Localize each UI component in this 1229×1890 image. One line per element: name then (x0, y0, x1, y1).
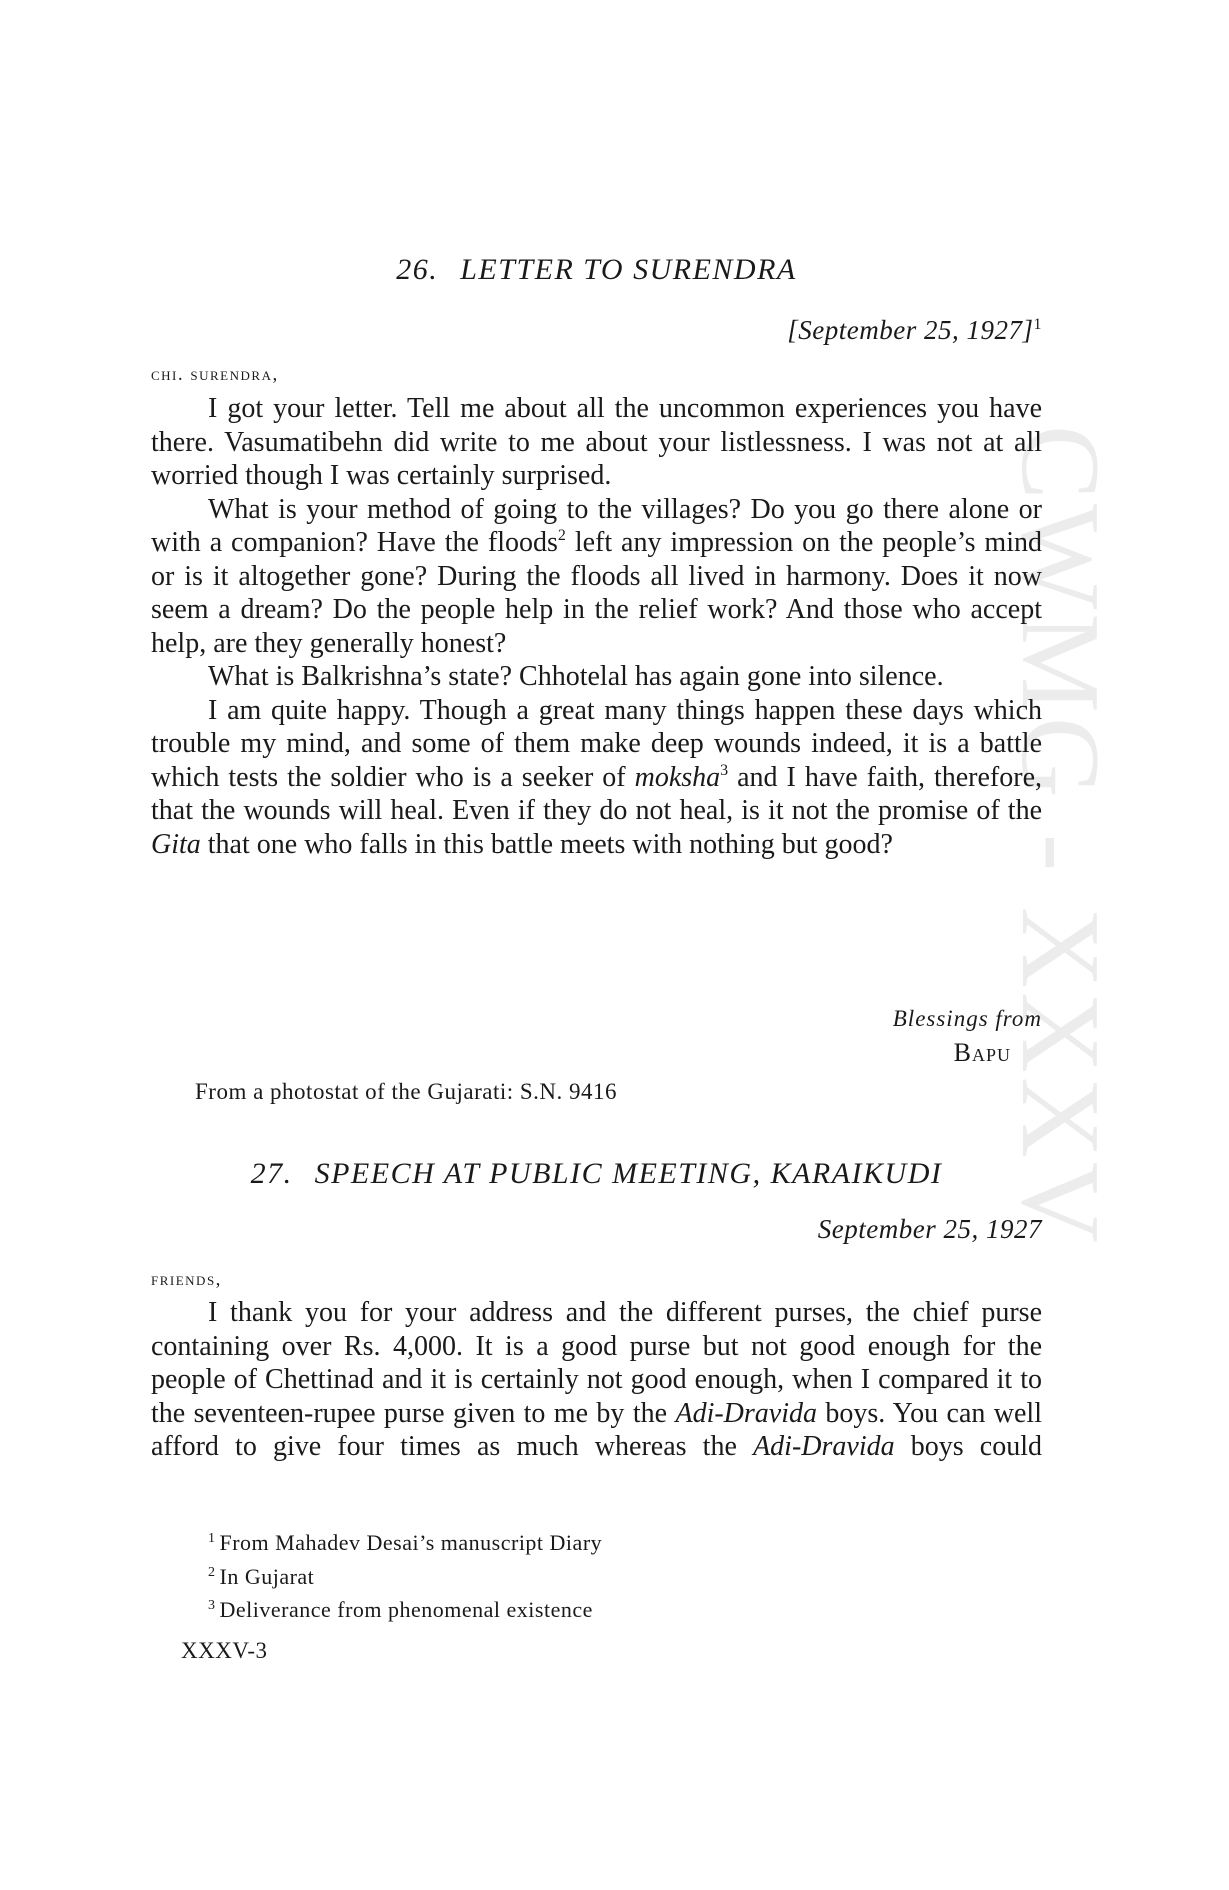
footnote-mark: 1 (208, 1531, 216, 1546)
footnotes: 1From Mahadev Desai’s manuscript Diary 2… (208, 1524, 602, 1625)
salutation: CHI. SURENDRA, (151, 360, 279, 390)
footnote-text: From Mahadev Desai’s manuscript Diary (220, 1530, 603, 1555)
letter-body: I got your letter. Tell me about all the… (151, 392, 1042, 861)
footnote-ref: 1 (1034, 316, 1043, 333)
italic-term: moksha (635, 762, 721, 793)
footnote-ref: 2 (558, 527, 566, 544)
speech-body: I thank you for your address and the dif… (151, 1296, 1042, 1464)
salutation: FRIENDS, (151, 1265, 222, 1295)
footnote-text: Deliverance from phenomenal existence (220, 1597, 593, 1622)
paragraph: What is your method of going to the vill… (151, 493, 1042, 661)
date-text: September 25, 1927 (818, 1214, 1042, 1244)
paragraph: I am quite happy. Though a great many th… (151, 694, 1042, 862)
footnote-mark: 2 (208, 1565, 216, 1580)
footnote-ref: 3 (720, 762, 728, 779)
text-run: boys could (895, 1431, 1042, 1462)
signer: Bapu (151, 1037, 1011, 1069)
footnote: 1From Mahadev Desai’s manuscript Diary (208, 1524, 602, 1558)
footnote-mark: 3 (208, 1598, 216, 1613)
section-27-date: September 25, 1927 (151, 1212, 1042, 1246)
section-title: SPEECH AT PUBLIC MEETING, KARAIKUDI (315, 1157, 943, 1190)
section-26-date: [September 25, 1927]1 (151, 308, 1042, 347)
text-run: that one who falls in this battle meets … (201, 829, 893, 860)
paragraph: I got your letter. Tell me about all the… (151, 392, 1042, 493)
footnote: 3Deliverance from phenomenal existence (208, 1591, 602, 1625)
page-reference: XXXV-3 (181, 1636, 268, 1666)
paragraph: What is Balkrishna’s state? Chhotelal ha… (151, 660, 1042, 694)
document-page: CWMG - XXXV 26.LETTER TO SURENDRA [Septe… (0, 0, 1229, 1890)
section-title: LETTER TO SURENDRA (460, 253, 796, 286)
italic-term: Adi-Dravida (675, 1398, 817, 1429)
section-26-title: 26.LETTER TO SURENDRA (151, 252, 1042, 288)
date-text: [September 25, 1927] (787, 315, 1033, 345)
italic-term: Gita (151, 829, 201, 860)
paragraph: I thank you for your address and the dif… (151, 1296, 1042, 1464)
section-27-title: 27.SPEECH AT PUBLIC MEETING, KARAIKUDI (151, 1156, 1042, 1192)
section-number: 27. (251, 1157, 293, 1190)
footnote-text: In Gujarat (220, 1564, 315, 1589)
italic-term: Adi-Dravida (753, 1431, 895, 1462)
footnote: 2In Gujarat (208, 1558, 602, 1592)
section-number: 26. (396, 253, 438, 286)
signoff: Blessings from (151, 1004, 1042, 1034)
source-note: From a photostat of the Gujarati: S.N. 9… (195, 1077, 617, 1107)
